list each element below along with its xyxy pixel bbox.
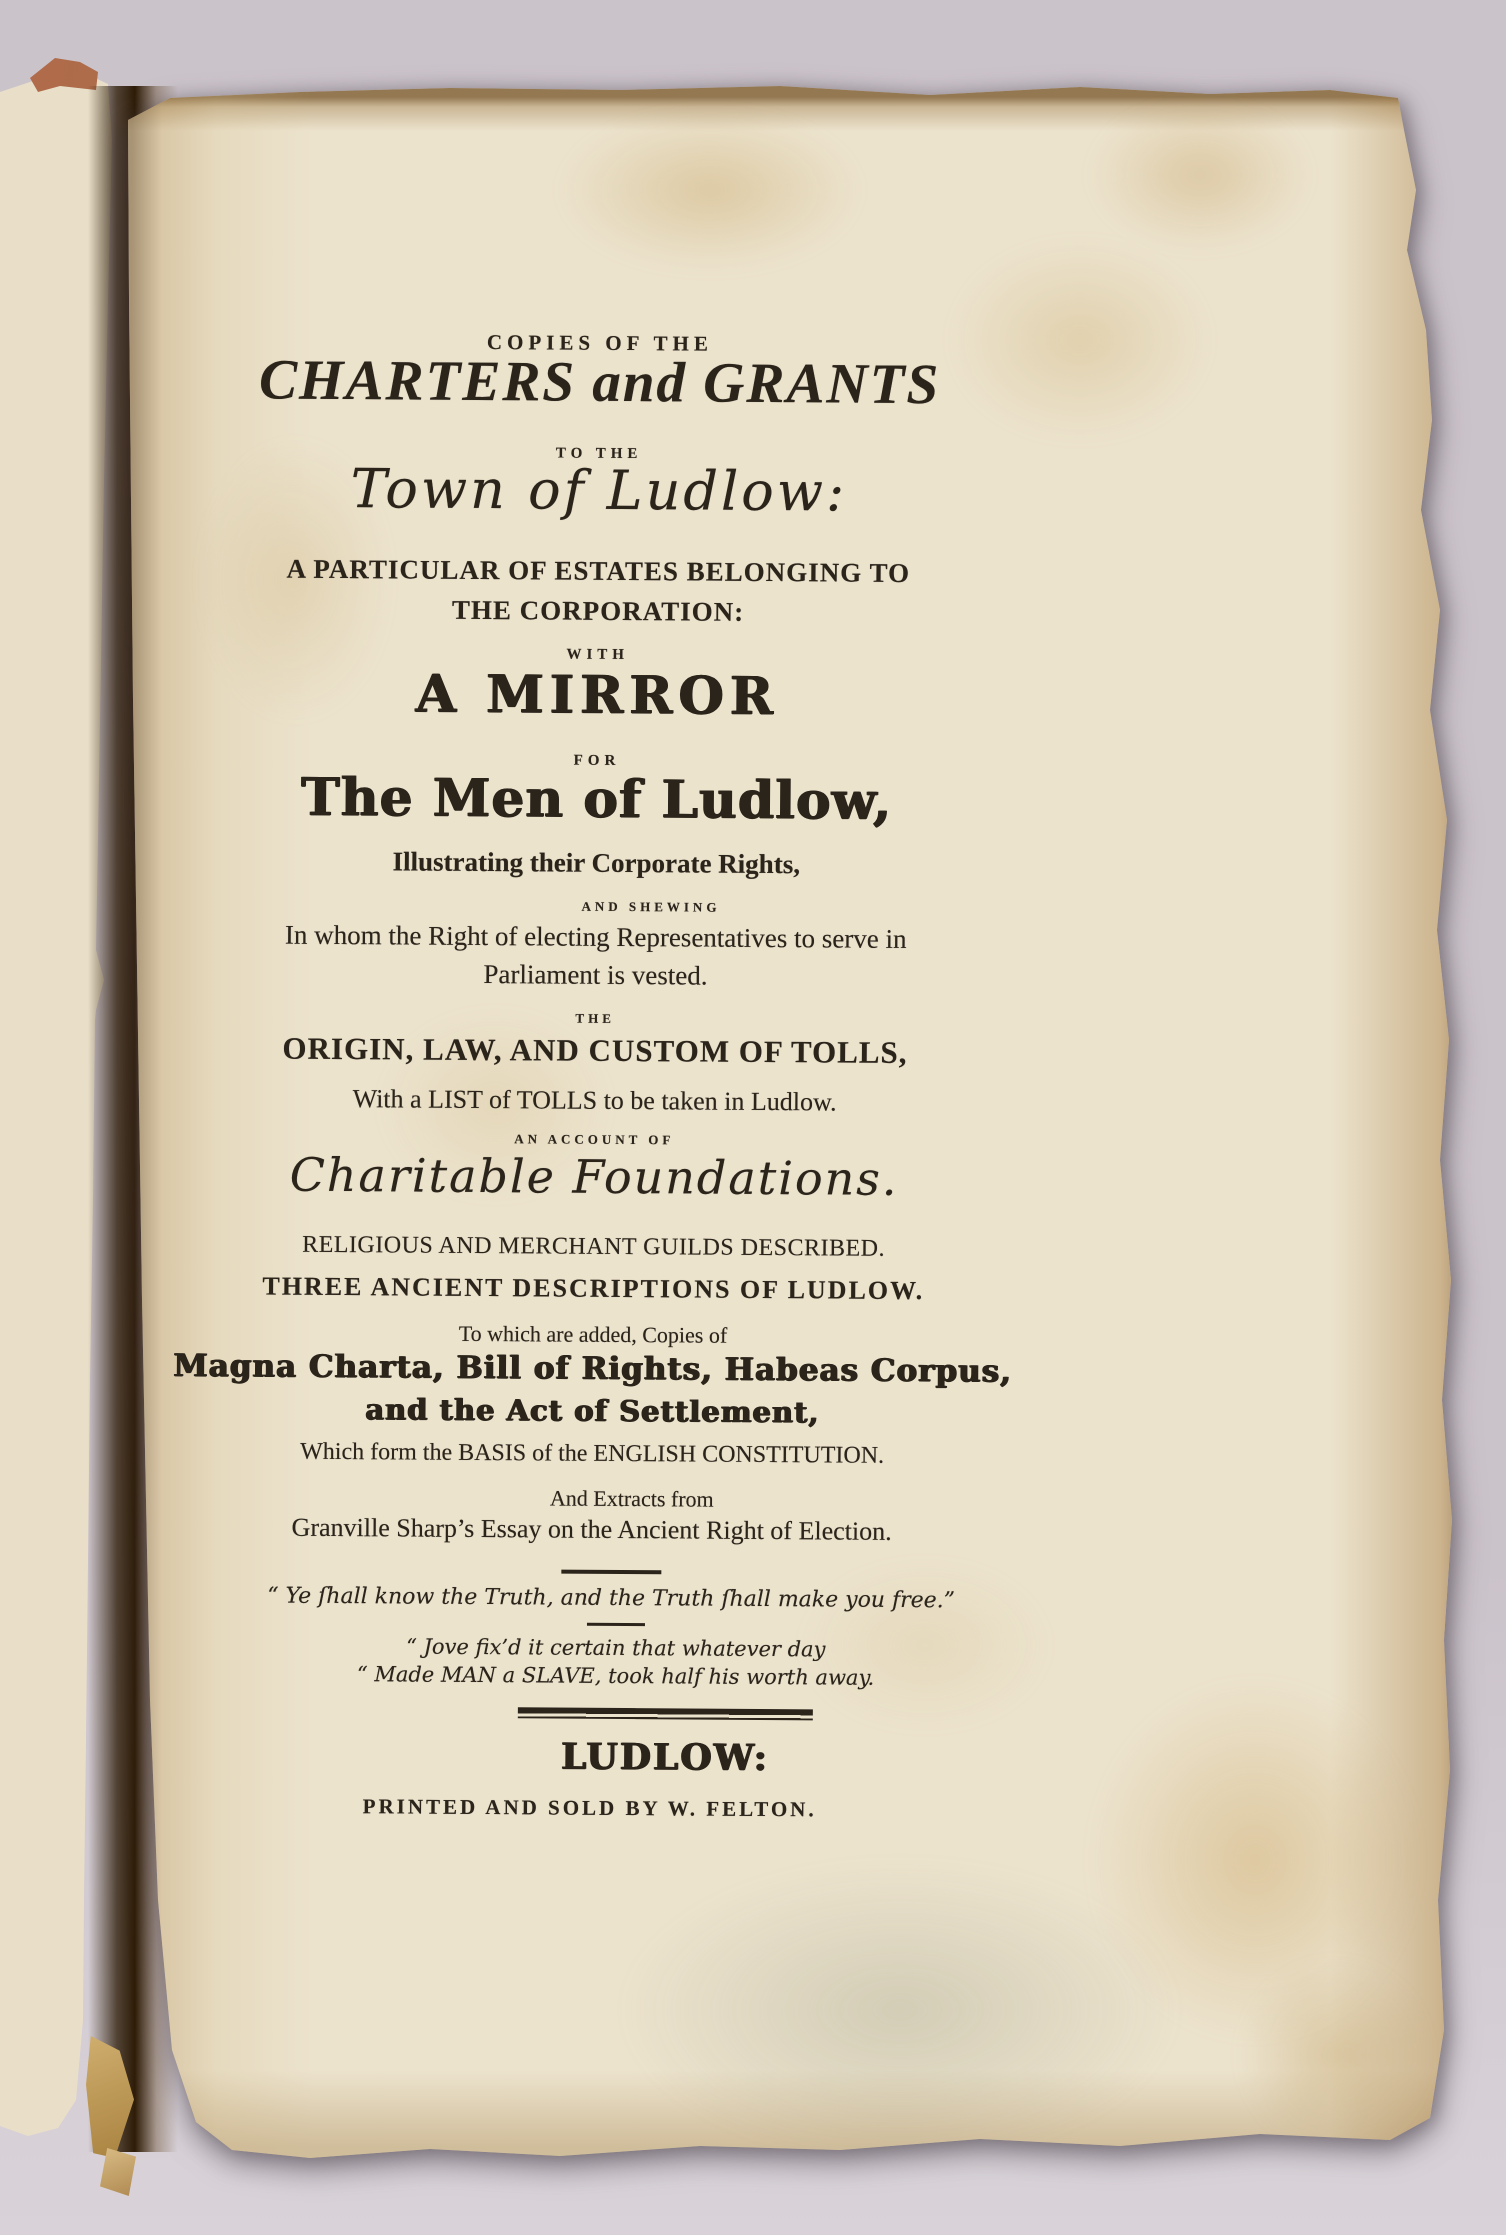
mirror-title: A MIRROR [157, 667, 1037, 725]
magna-charta-line: Magna Charta, Bill of Rights, Habeas Cor… [153, 1351, 1033, 1388]
men-of-ludlow-title: The Men of Ludlow, [157, 771, 1037, 829]
page-stain [1240, 1960, 1430, 2150]
charitable-title: Charitable Foundations. [154, 1151, 1034, 1203]
and-shewing-label: AND SHEWING [211, 897, 1091, 916]
tolls-title: ORIGIN, LAW, AND CUSTOM OF TOLLS, [155, 1032, 1035, 1069]
settlement-line: and the Act of Settlement, [152, 1394, 1032, 1429]
jove-quote-line-2: “ Made MAN a SLAVE, took half his worth … [176, 1663, 1056, 1690]
tolls-subtitle: With a LIST of TOLLS to be taken in Ludl… [155, 1085, 1035, 1117]
guilds-line: RELIGIOUS AND MERCHANT GUILDS DESCRIBED. [154, 1232, 1034, 1262]
illustrating-line: Illustrating their Corporate Rights, [156, 847, 1036, 880]
truth-quote: “ Ye ſhall know the Truth, and the Truth… [171, 1585, 1051, 1613]
imprint-double-rule [518, 1707, 813, 1720]
account-label: AN ACCOUNT OF [154, 1130, 1034, 1149]
granville-line: Granville Sharp’s Essay on the Ancient R… [152, 1514, 1032, 1546]
with-label: WITH [158, 645, 1038, 666]
imprint-city: LUDLOW: [225, 1736, 1105, 1778]
title-text-block: COPIES OF THE CHARTERS and GRANTS TO THE… [147, 0, 1043, 2235]
the-label: THE [155, 1009, 1035, 1028]
added-line: To which are added, Copies of [153, 1321, 1033, 1349]
extracts-line: And Extracts from [192, 1485, 1072, 1513]
main-title: CHARTERS and GRANTS [159, 351, 1039, 414]
separator-rule [561, 1570, 661, 1575]
imprint-printer: PRINTED AND SOLD BY W. FELTON. [150, 1795, 1030, 1822]
constitution-line: Which form the BASIS of the ENGLISH CONS… [152, 1439, 1032, 1469]
page-stain [1090, 100, 1310, 250]
subtitle-line-1: A PARTICULAR OF ESTATES BELONGING TO [158, 555, 1038, 588]
electing-line-1: In whom the Right of electing Representa… [156, 921, 1036, 954]
photo-backdrop: { "colors": { "backdrop": "#cbc3ca", "pa… [0, 0, 1506, 2235]
separator-rule [587, 1623, 645, 1626]
title-page-wrap: COPIES OF THE CHARTERS and GRANTS TO THE… [0, 0, 1506, 2235]
title-page: COPIES OF THE CHARTERS and GRANTS TO THE… [0, 0, 1506, 2235]
descriptions-line: THREE ANCIENT DESCRIPTIONS OF LUDLOW. [153, 1273, 1033, 1305]
jove-quote-line-1: “ Jove fix’d it certain that whatever da… [176, 1635, 1056, 1662]
electing-line-2: Parliament is vested. [155, 959, 1035, 992]
town-title: Town of Ludlow: [159, 461, 1039, 521]
subtitle-line-2: THE CORPORATION: [158, 595, 1038, 628]
